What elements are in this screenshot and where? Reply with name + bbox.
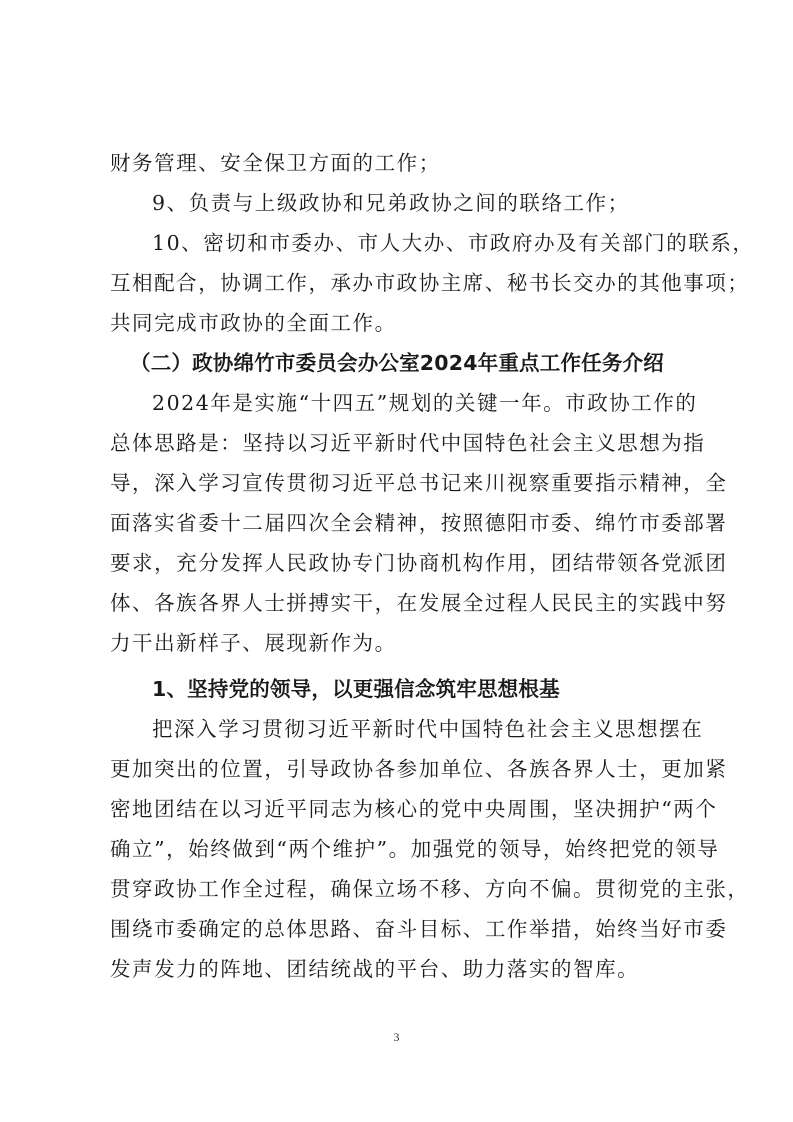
- body-line: 发声发力的阵地、团结统战的平台、助力落实的智库。: [110, 949, 696, 989]
- body-line: 2024年是实施“十四五”规划的关键一年。市政协工作的: [110, 383, 696, 423]
- body-line: 更加突出的位置，引导政协各参加单位、各族各界人士，更加紧: [110, 749, 696, 789]
- subsection-heading: 1、坚持党的领导，以更强信念筑牢思想根基: [110, 669, 696, 709]
- body-line: 要求，充分发挥人民政协专门协商机构作用，团结带领各党派团: [110, 543, 696, 583]
- body-line: 围绕市委确定的总体思路、奋斗目标、工作举措，始终当好市委: [110, 909, 696, 949]
- document-page: 财务管理、安全保卫方面的工作； 9、负责与上级政协和兄弟政协之间的联络工作； 1…: [110, 143, 696, 989]
- body-line: 确立”，始终做到“两个维护”。加强党的领导，始终把党的领导: [110, 829, 696, 869]
- body-line: 互相配合，协调工作，承办市政协主席、秘书长交办的其他事项；: [110, 263, 696, 303]
- page-number: 3: [0, 1030, 793, 1045]
- body-line: 总体思路是：坚持以习近平新时代中国特色社会主义思想为指: [110, 423, 696, 463]
- section-heading: （二）政协绵竹市委员会办公室2024年重点工作任务介绍: [110, 343, 696, 383]
- body-line: 财务管理、安全保卫方面的工作；: [110, 143, 696, 183]
- body-line: 贯穿政协工作全过程，确保立场不移、方向不偏。贯彻党的主张，: [110, 869, 696, 909]
- body-line: 导，深入学习宣传贯彻习近平总书记来川视察重要指示精神，全: [110, 463, 696, 503]
- body-line: 密地团结在以习近平同志为核心的党中央周围，坚决拥护“两个: [110, 789, 696, 829]
- body-line: 面落实省委十二届四次全会精神，按照德阳市委、绵竹市委部署: [110, 503, 696, 543]
- body-line: 力干出新样子、展现新作为。: [110, 623, 696, 663]
- body-line: 体、各族各界人士拼搏实干，在发展全过程人民民主的实践中努: [110, 583, 696, 623]
- body-line: 10、密切和市委办、市人大办、市政府办及有关部门的联系，: [110, 223, 696, 263]
- body-line: 共同完成市政协的全面工作。: [110, 303, 696, 343]
- body-line: 9、负责与上级政协和兄弟政协之间的联络工作；: [110, 183, 696, 223]
- body-line: 把深入学习贯彻习近平新时代中国特色社会主义思想摆在: [110, 709, 696, 749]
